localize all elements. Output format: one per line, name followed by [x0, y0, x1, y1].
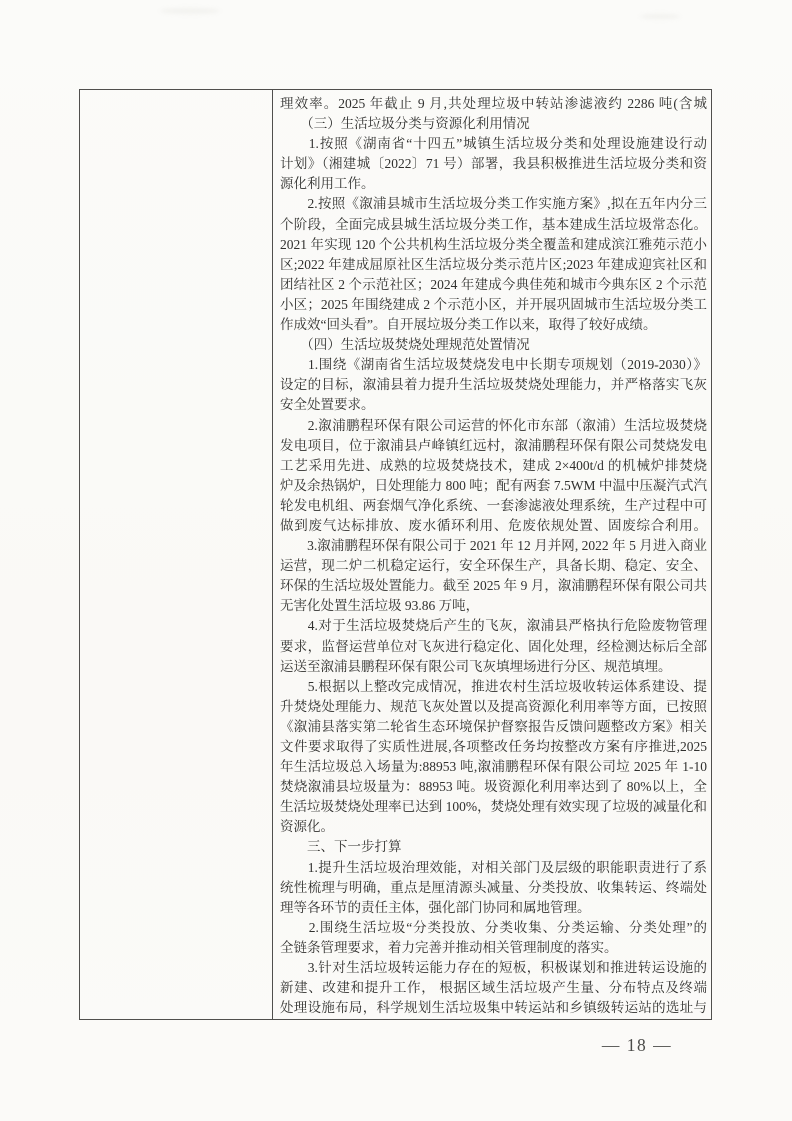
text-line: 小区；2025 年围绕建成 2 个示范小区，并开展巩固城市生活垃圾分类工 [280, 295, 707, 315]
text-line: 5.根据以上整改完成情况，推进农村生活垃圾收转运体系建设、提 [280, 677, 707, 697]
text-line: 新建、改建和提升工作， 根据区域生活垃圾产生量、分布特点及终端 [280, 978, 707, 998]
text-line: 全链条管理要求，着力完善并推动相关管理制度的落实。 [280, 938, 707, 958]
text-line: 4.对于生活垃圾焚烧后产生的飞灰，溆浦县严格执行危险废物管理 [280, 616, 707, 636]
text-line: 团结社区 2 个示范社区；2024 年建成今典佳苑和城市今典东区 2 个示范 [280, 275, 707, 295]
text-line: 文件要求取得了实质性进展,各项整改任务均按整改方案有序推进,2025 [280, 737, 707, 757]
text-line: 2.按照《溆浦县城市生活垃圾分类工作实施方案》,拟在五年内分三 [280, 194, 707, 214]
text-line: 2.围绕生活垃圾“分类投放、分类收集、分类运输、分类处理”的 [280, 918, 707, 938]
text-line: （三）生活垃圾分类与资源化利用情况 [280, 114, 707, 134]
text-line: 理等各环节的责任主体，强化部门协同和属地管理。 [280, 898, 707, 918]
text-line: 源化利用工作。 [280, 174, 707, 194]
text-line: 设定的目标，溆浦县着力提升生活垃圾焚烧处理能力，并严格落实飞灰 [280, 375, 707, 395]
text-line: 统性梳理与明确，重点是厘清源头减量、分类投放、收集转运、终端处 [280, 878, 707, 898]
text-line: 3.针对生活垃圾转运能力存在的短板，积极谋划和推进转运设施的 [280, 958, 707, 978]
table-body-cell: 理效率。2025 年截止 9 月,共处理垃圾中转站渗滤液约 2286 吨(含城区… [273, 90, 711, 1019]
table-left-column [80, 90, 273, 1019]
text-line: 3.溆浦鹏程环保有限公司于 2021 年 12 月并网, 2022 年 5 月进… [280, 536, 707, 556]
text-line: 焚烧溆浦县垃圾量为：88953 吨。圾资源化利用率达到了 80%以上，全县 [280, 777, 707, 797]
text-line: 炉及余热锅炉，日处理能力 800 吨；配有两套 7.5WM 中温中压凝汽式汽 [280, 476, 707, 496]
text-line: 运营，现二炉二机稳定运行，安全环保生产，具备长期、稳定、安全、 [280, 556, 707, 576]
text-line: 年生活垃圾总入场量为:88953 吨,溆浦鹏程环保有限公司垃 2025 年 1-… [280, 757, 707, 777]
text-line: 运送至溆浦县鹏程环保有限公司飞灰填埋场进行分区、规范填埋。 [280, 657, 707, 677]
text-line: 2021 年实现 120 个公共机构生活垃圾分类全覆盖和建成滨江雅苑示范小 [280, 235, 707, 255]
text-line: 做到废气达标排放、废水循环利用、危废依规处置、固废综合利用。 [280, 516, 707, 536]
scanned-document-page: 理效率。2025 年截止 9 月,共处理垃圾中转站渗滤液约 2286 吨(含城区… [0, 0, 792, 1121]
text-line: 处理设施布局，科学规划生活垃圾集中转运站和乡镇级转运站的选址与 [280, 998, 707, 1018]
content-table: 理效率。2025 年截止 9 月,共处理垃圾中转站渗滤液约 2286 吨(含城区… [79, 89, 712, 1020]
text-line: 工艺采用先进、成熟的垃圾焚烧技术，建成 2×400t/d 的机械炉排焚烧 [280, 456, 707, 476]
text-line: 计划》（湘建城〔2022〕71 号）部署，我县积极推进生活垃圾分类和资 [280, 154, 707, 174]
text-line: （四）生活垃圾焚烧处理规范处置情况 [280, 335, 707, 355]
text-line: 区;2022 年建成屈原社区生活垃圾分类示范片区;2023 年建成迎宾社区和 [280, 255, 707, 275]
text-line: 2.溆浦鹏程环保有限公司运营的怀化市东部（溆浦）生活垃圾焚烧 [280, 416, 707, 436]
text-line: 作成效“回头看”。自开展垃圾分类工作以来，取得了较好成绩。 [280, 315, 707, 335]
page-number: — 18 — [577, 1035, 697, 1056]
text-line: 1.提升生活垃圾治理效能，对相关部门及层级的职能职责进行了系 [280, 858, 707, 878]
text-line: 环保的生活垃圾处置能力。截至 2025 年 9 月，溆浦鹏程环保有限公司共 [280, 576, 707, 596]
text-line: 发电项目，位于溆浦县卢峰镇红远村，溆浦鹏程环保有限公司焚烧发电 [280, 436, 707, 456]
text-line: 安全处置要求。 [280, 395, 707, 415]
text-line: 要求，监督运营单位对飞灰进行稳定化、固化处理，经检测达标后全部 [280, 637, 707, 657]
text-line: 1.按照《湖南省“十四五”城镇生活垃圾分类和处理设施建设行动 [280, 134, 707, 154]
text-line: 《溆浦县落实第二轮省生态环境保护督察报告反馈问题整改方案》相关 [280, 717, 707, 737]
text-line: 升焚烧处理能力、规范飞灰处置以及提高资源化利用率等方面，已按照 [280, 697, 707, 717]
scan-smudge [640, 14, 680, 19]
text-line: 个阶段，全面完成县城生活垃圾分类工作，基本建成生活垃圾常态化。 [280, 215, 707, 235]
text-line: 生活垃圾焚烧处理率已达到 100%，焚烧处理有效实现了垃圾的减量化和 [280, 797, 707, 817]
text-line: 1.围绕《湖南省生活垃圾焚烧发电中长期专项规划（2019-2030）》 [280, 355, 707, 375]
text-line: 资源化。 [280, 817, 707, 837]
text-line: 三、下一步打算 [280, 837, 707, 857]
text-line: 轮发电机组、两套烟气净化系统、一套渗滤液处理系统，生产过程中可 [280, 496, 707, 516]
text-line: 无害化处置生活垃圾 93.86 万吨， [280, 596, 707, 616]
scan-smudge [160, 8, 220, 14]
text-line: 理效率。2025 年截止 9 月,共处理垃圾中转站渗滤液约 2286 吨(含城区… [280, 94, 707, 114]
